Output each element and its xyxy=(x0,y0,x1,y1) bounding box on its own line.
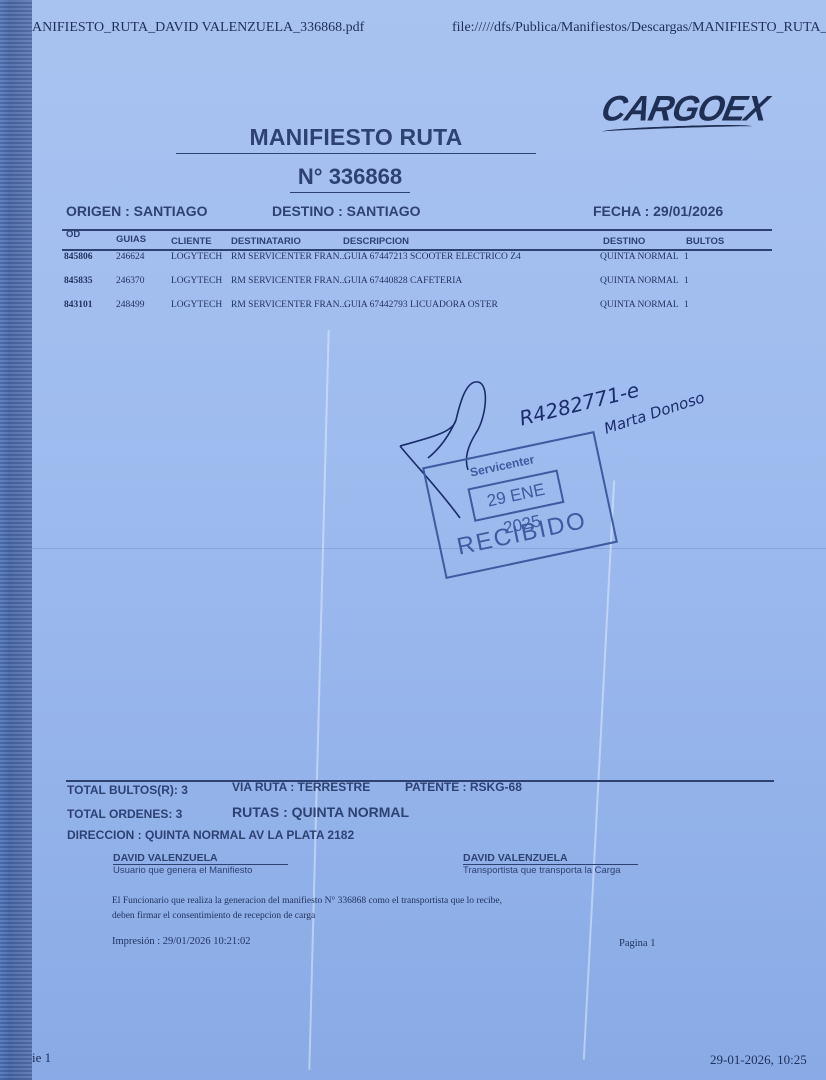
signature-block-carrier: DAVID VALENZUELA Transportista que trans… xyxy=(463,852,638,876)
cell-descripcion: GUIA 67447213 SCOOTER ELECTRICO Z4 xyxy=(344,252,521,262)
fold-crease xyxy=(308,330,329,1070)
manifest-number: N° 336868 xyxy=(290,164,410,193)
cell-cliente: LOGYTECH xyxy=(171,252,222,262)
col-cliente: CLIENTE xyxy=(171,236,212,247)
cell-destinatario: RM SERVICENTER FRAN... xyxy=(231,252,347,262)
cell-guias: 248499 xyxy=(116,300,145,310)
origin: ORIGEN : SANTIAGO xyxy=(66,203,208,219)
cell-descripcion: GUIA 67440828 CAFETERIA xyxy=(344,276,462,286)
scanner-edge-shadow xyxy=(0,0,32,1080)
cell-bultos: 1 xyxy=(684,300,689,310)
cargoex-logo: CARGOEX xyxy=(598,89,772,130)
signature-role: Usuario que genera el Manifiesto xyxy=(113,865,288,876)
table-top-rule xyxy=(62,229,772,231)
browser-page-indicator: ie 1 xyxy=(32,1050,51,1066)
cell-destinatario: RM SERVICENTER FRAN... xyxy=(231,276,347,286)
print-timestamp: Impresión : 29/01/2026 10:21:02 xyxy=(112,936,251,947)
direccion: DIRECCION : QUINTA NORMAL AV LA PLATA 21… xyxy=(67,828,354,842)
col-destinatario: DESTINATARIO xyxy=(231,236,301,247)
via-ruta: VIA RUTA : TERRESTRE xyxy=(232,780,370,794)
fold-crease xyxy=(32,548,826,549)
cell-guias: 246370 xyxy=(116,276,145,286)
patente: PATENTE : RSKG-68 xyxy=(405,780,522,794)
cell-od: 843101 xyxy=(64,300,93,310)
signature-name: DAVID VALENZUELA xyxy=(463,852,638,865)
col-guias: GUIAS xyxy=(116,234,146,245)
cell-destino: QUINTA NORMAL xyxy=(600,300,679,310)
rutas: RUTAS : QUINTA NORMAL xyxy=(232,804,409,820)
cell-cliente: LOGYTECH xyxy=(171,300,222,310)
signature-name: DAVID VALENZUELA xyxy=(113,852,288,865)
cell-bultos: 1 xyxy=(684,276,689,286)
table-header-rule xyxy=(62,249,772,251)
consent-note-line: deben firmar el consentimiento de recepc… xyxy=(112,909,502,924)
consent-note: El Funcionario que realiza la generacion… xyxy=(112,894,502,924)
cell-od: 845835 xyxy=(64,276,93,286)
cell-destino: QUINTA NORMAL xyxy=(600,276,679,286)
cell-od: 845806 xyxy=(64,252,93,262)
consent-note-line: El Funcionario que realiza la generacion… xyxy=(112,894,502,909)
total-bultos: TOTAL BULTOS(R): 3 xyxy=(67,783,188,797)
cell-cliente: LOGYTECH xyxy=(171,276,222,286)
pdf-filename: ANIFIESTO_RUTA_DAVID VALENZUELA_336868.p… xyxy=(32,20,364,36)
browser-print-datetime: 29-01-2026, 10:25 xyxy=(710,1052,807,1068)
pdf-url: file://///dfs/Publica/Manifiestos/Descar… xyxy=(452,20,826,36)
col-destino: DESTINO xyxy=(603,236,645,247)
signature-role: Transportista que transporta la Carga xyxy=(463,865,638,876)
col-od: OD xyxy=(66,229,80,240)
cell-guias: 246624 xyxy=(116,252,145,262)
destination: DESTINO : SANTIAGO xyxy=(272,203,421,219)
document-title: MANIFIESTO RUTA xyxy=(176,124,536,154)
fold-crease xyxy=(583,480,615,1059)
cell-bultos: 1 xyxy=(684,252,689,262)
date: FECHA : 29/01/2026 xyxy=(593,203,723,219)
cell-destinatario: RM SERVICENTER FRAN... xyxy=(231,300,347,310)
col-descripcion: DESCRIPCION xyxy=(343,236,409,247)
signature-block-generator: DAVID VALENZUELA Usuario que genera el M… xyxy=(113,852,288,876)
total-ordenes: TOTAL ORDENES: 3 xyxy=(67,807,182,821)
cell-descripcion: GUIA 67442793 LICUADORA OSTER xyxy=(344,300,498,310)
cell-destino: QUINTA NORMAL xyxy=(600,252,679,262)
page-number: Pagina 1 xyxy=(619,938,655,949)
col-bultos: BULTOS xyxy=(686,236,724,247)
